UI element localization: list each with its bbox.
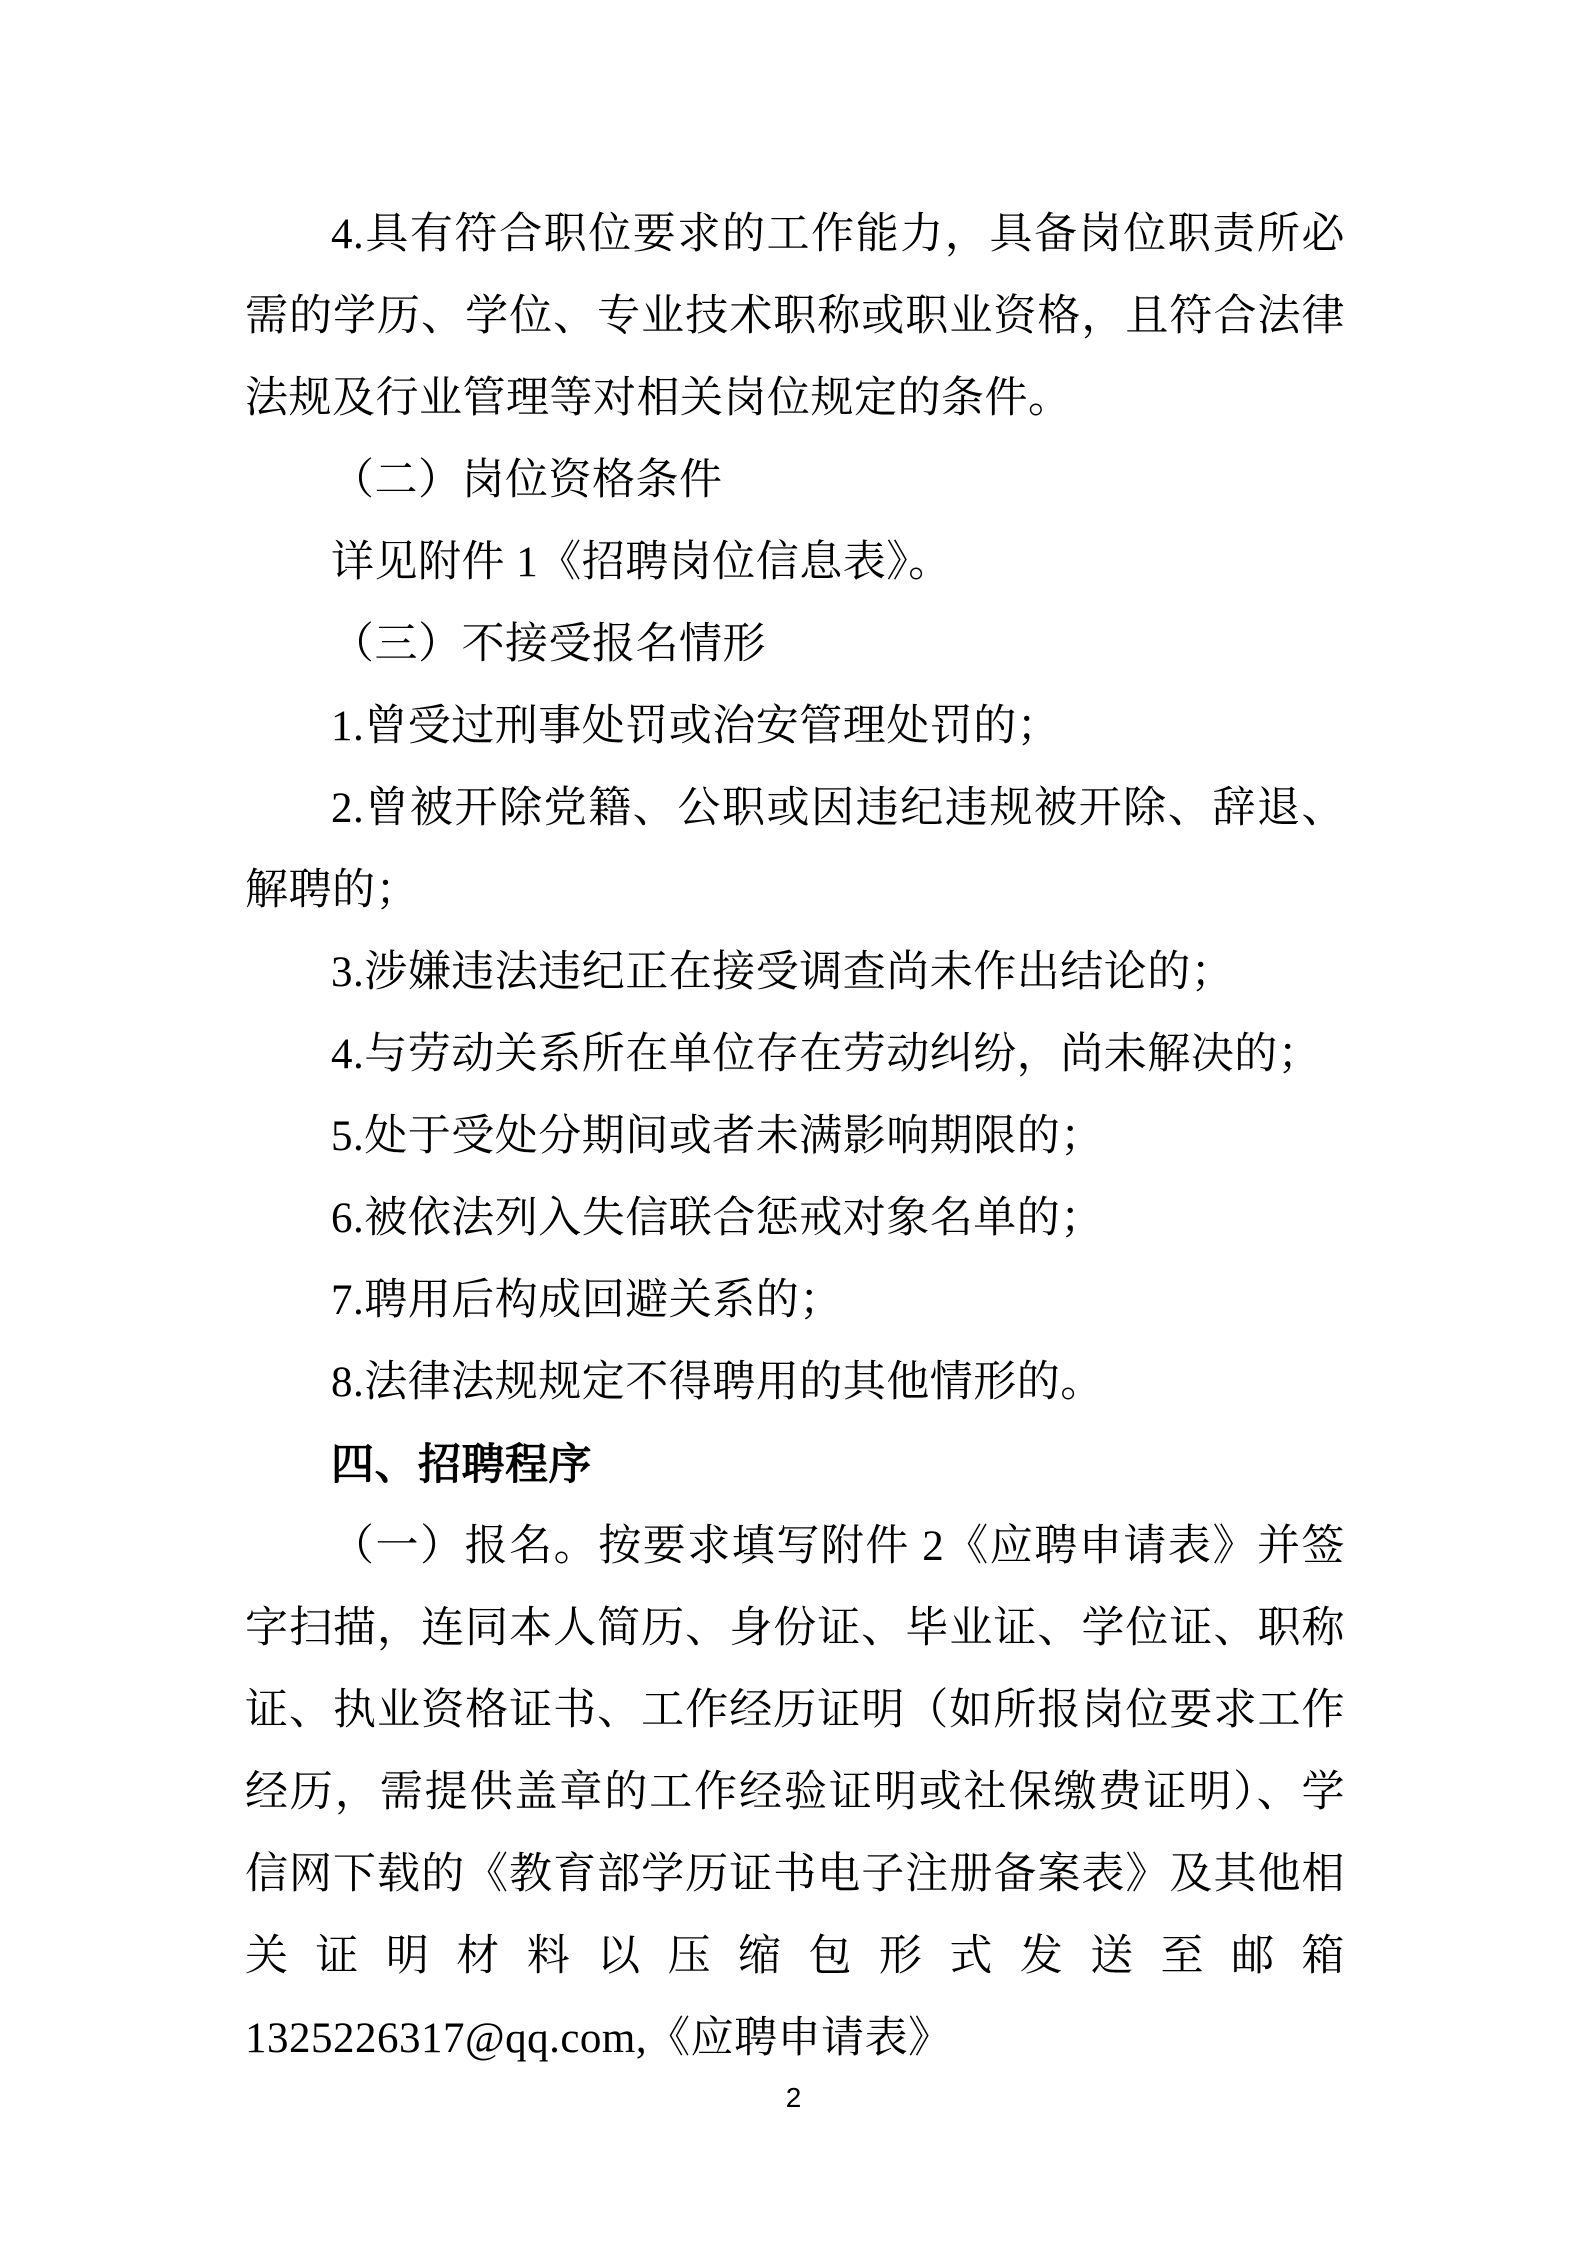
document-body: 4.具有符合职位要求的工作能力，具备岗位职责所必需的学历、学位、专业技术职称或职… [245, 194, 1345, 2080]
body-paragraph: 2.曾被开除党籍、公职或因违纪违规被开除、辞退、解聘的； [245, 768, 1345, 932]
body-paragraph: （一）报名。按要求填写附件 2《应聘申请表》并签字扫描，连同本人简历、身份证、毕… [245, 1506, 1345, 2080]
paragraph-lead: （一）报名。 [331, 1523, 598, 1570]
section-heading: 四、招聘程序 [245, 1424, 1345, 1506]
body-paragraph: 7.聘用后构成回避关系的； [245, 1260, 1345, 1342]
body-paragraph: 4.具有符合职位要求的工作能力，具备岗位职责所必需的学历、学位、专业技术职称或职… [245, 194, 1345, 440]
body-paragraph: 1.曾受过刑事处罚或治安管理处罚的； [245, 686, 1345, 768]
body-paragraph: 4.与劳动关系所在单位存在劳动纠纷，尚未解决的； [245, 1014, 1345, 1096]
body-paragraph: 8.法律法规规定不得聘用的其他情形的。 [245, 1342, 1345, 1424]
body-paragraph: 3.涉嫌违法违纪正在接受调查尚未作出结论的； [245, 932, 1345, 1014]
body-paragraph: 6.被依法列入失信联合惩戒对象名单的； [245, 1178, 1345, 1260]
body-paragraph: 详见附件 1《招聘岗位信息表》。 [245, 522, 1345, 604]
body-paragraph: 5.处于受处分期间或者未满影响期限的； [245, 1096, 1345, 1178]
subsection-heading: （二）岗位资格条件 [245, 440, 1345, 522]
subsection-heading: （三）不接受报名情形 [245, 604, 1345, 686]
page-number: 2 [0, 2076, 1587, 2120]
document-page: 4.具有符合职位要求的工作能力，具备岗位职责所必需的学历、学位、专业技术职称或职… [0, 0, 1587, 2245]
